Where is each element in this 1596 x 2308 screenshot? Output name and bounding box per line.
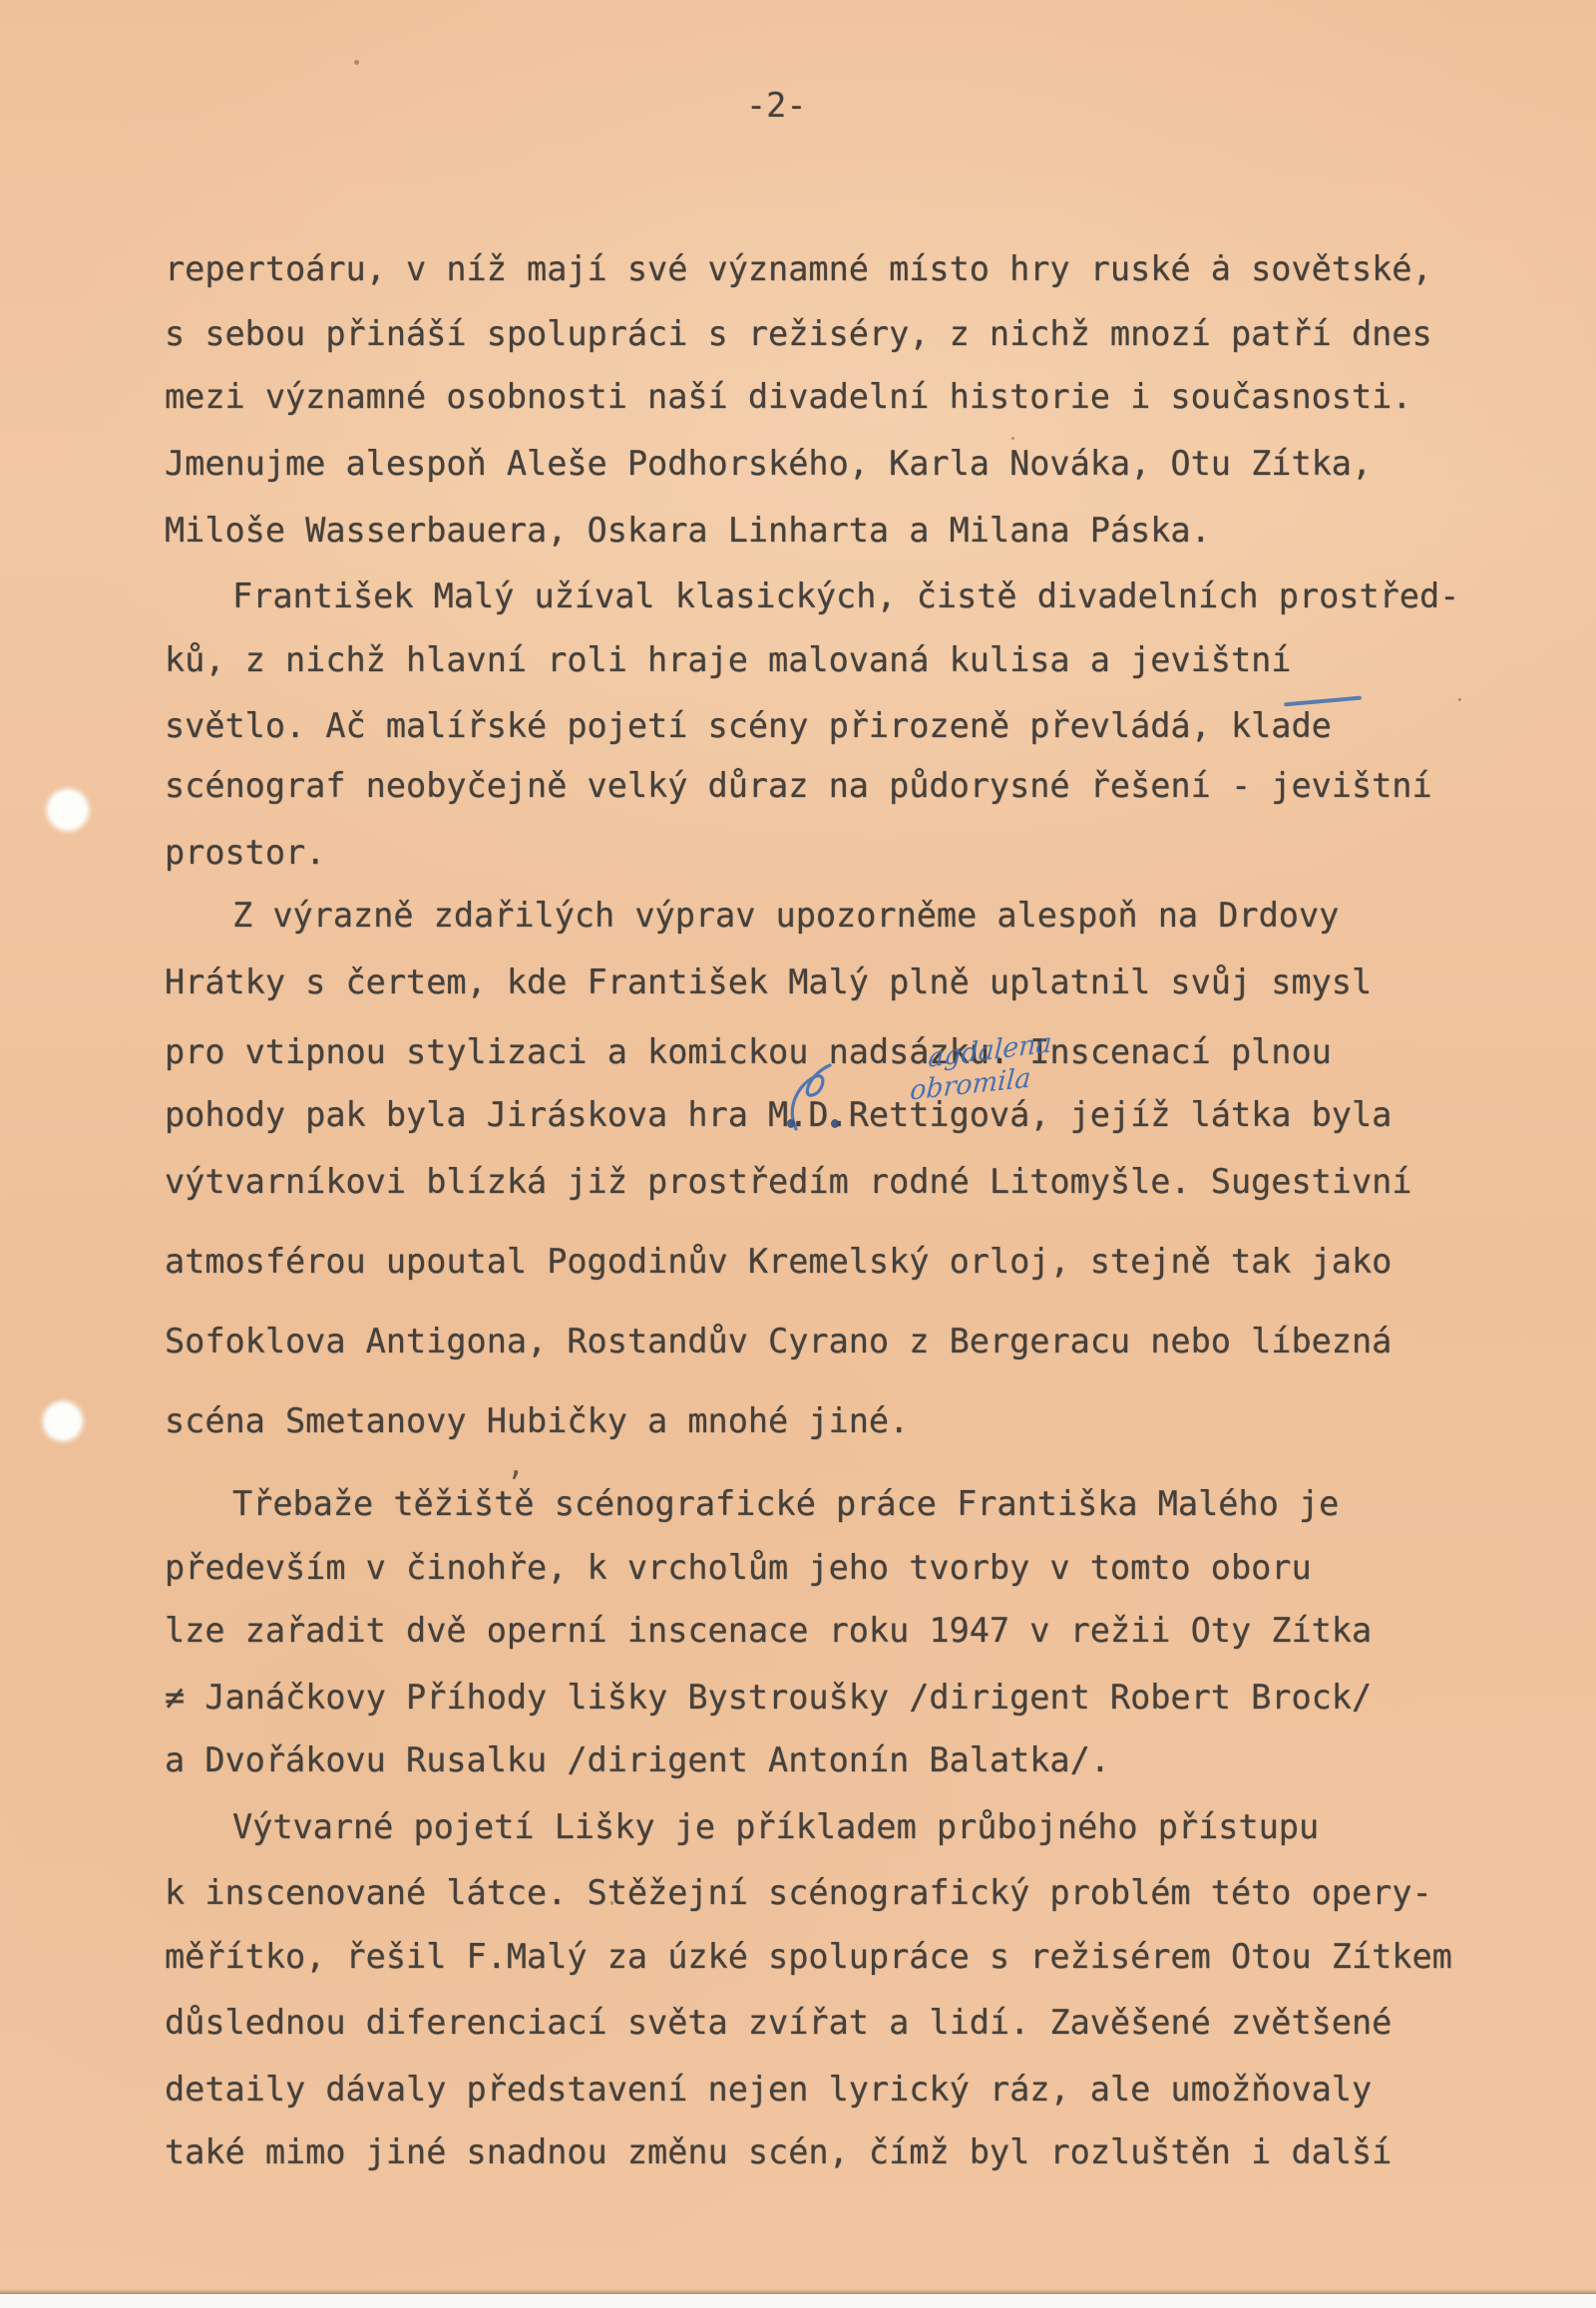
typed-line: lze zařadit dvě operní inscenace roku 19…	[165, 1611, 1521, 1651]
stray-mark: ,	[507, 1448, 525, 1483]
typed-line: scéna Smetanovy Hubičky a mnohé jiné.	[165, 1401, 1521, 1441]
paper-speck	[354, 60, 359, 65]
scanned-typewritten-page: -2- repertoáru, v níž mají své významné …	[0, 0, 1596, 2308]
hole-punch-top	[48, 790, 88, 830]
typed-line: ≠ Janáčkovy Příhody lišky Bystroušky /di…	[165, 1678, 1521, 1718]
typed-line: repertoáru, v níž mají své významné míst…	[165, 249, 1521, 289]
typed-line: Hrátky s čertem, kde František Malý plně…	[165, 962, 1521, 1002]
typed-line: scénograf neobyčejně velký důraz na půdo…	[165, 766, 1521, 806]
typed-line: měřítko, řešil F.Malý za úzké spolupráce…	[165, 1937, 1521, 1977]
page-number: -2-	[746, 86, 807, 125]
typed-line: důslednou diferenciací světa zvířat a li…	[165, 2003, 1521, 2043]
hole-punch-bottom	[44, 1402, 82, 1440]
typed-line: ků, z nichž hlavní roli hraje malovaná k…	[165, 640, 1521, 680]
paper-speck	[1011, 437, 1014, 440]
typed-line: k inscenované látce. Stěžejní scénografi…	[165, 1873, 1521, 1913]
typed-line: také mimo jiné snadnou změnu scén, čímž …	[165, 2132, 1521, 2172]
ink-dot	[831, 1119, 839, 1128]
typed-line: především v činohře, k vrcholům jeho tvo…	[165, 1548, 1521, 1588]
typed-line: a Dvořákovu Rusalku /dirigent Antonín Ba…	[165, 1740, 1521, 1780]
typed-line-paragraph-start: Třebaže těžiště scénografické práce Fran…	[165, 1484, 1589, 1524]
typed-line: atmosférou upoutal Pogodinův Kremelský o…	[165, 1242, 1521, 1282]
typed-line: detaily dávaly představení nejen lyrický…	[165, 2070, 1521, 2110]
typed-line: výtvarníkovi blízká již prostředím rodné…	[165, 1162, 1521, 1202]
handwritten-insertion-flourish	[768, 1037, 968, 1137]
scanner-background	[0, 2294, 1596, 2308]
typed-line-paragraph-start: Z výrazně zdařilých výprav upozorněme al…	[165, 896, 1589, 936]
typed-line: s sebou přináší spolupráci s režiséry, z…	[165, 314, 1521, 354]
typed-line: prostor.	[165, 833, 1521, 873]
typed-line: Miloše Wasserbauera, Oskara Linharta a M…	[165, 511, 1521, 551]
paper-speck	[1458, 698, 1461, 701]
ink-dot	[787, 1119, 795, 1128]
typed-line-paragraph-start: František Malý užíval klasických, čistě …	[165, 577, 1589, 616]
typed-line: světlo. Ač malířské pojetí scény přiroze…	[165, 706, 1521, 746]
typed-line: mezi významné osobnosti naší divadelní h…	[165, 377, 1521, 417]
typed-line-paragraph-start: Výtvarné pojetí Lišky je příkladem průbo…	[165, 1807, 1589, 1847]
typed-line: Jmenujme alespoň Aleše Podhorského, Karl…	[165, 444, 1521, 484]
typed-line: Sofoklova Antigona, Rostandův Cyrano z B…	[165, 1322, 1521, 1361]
